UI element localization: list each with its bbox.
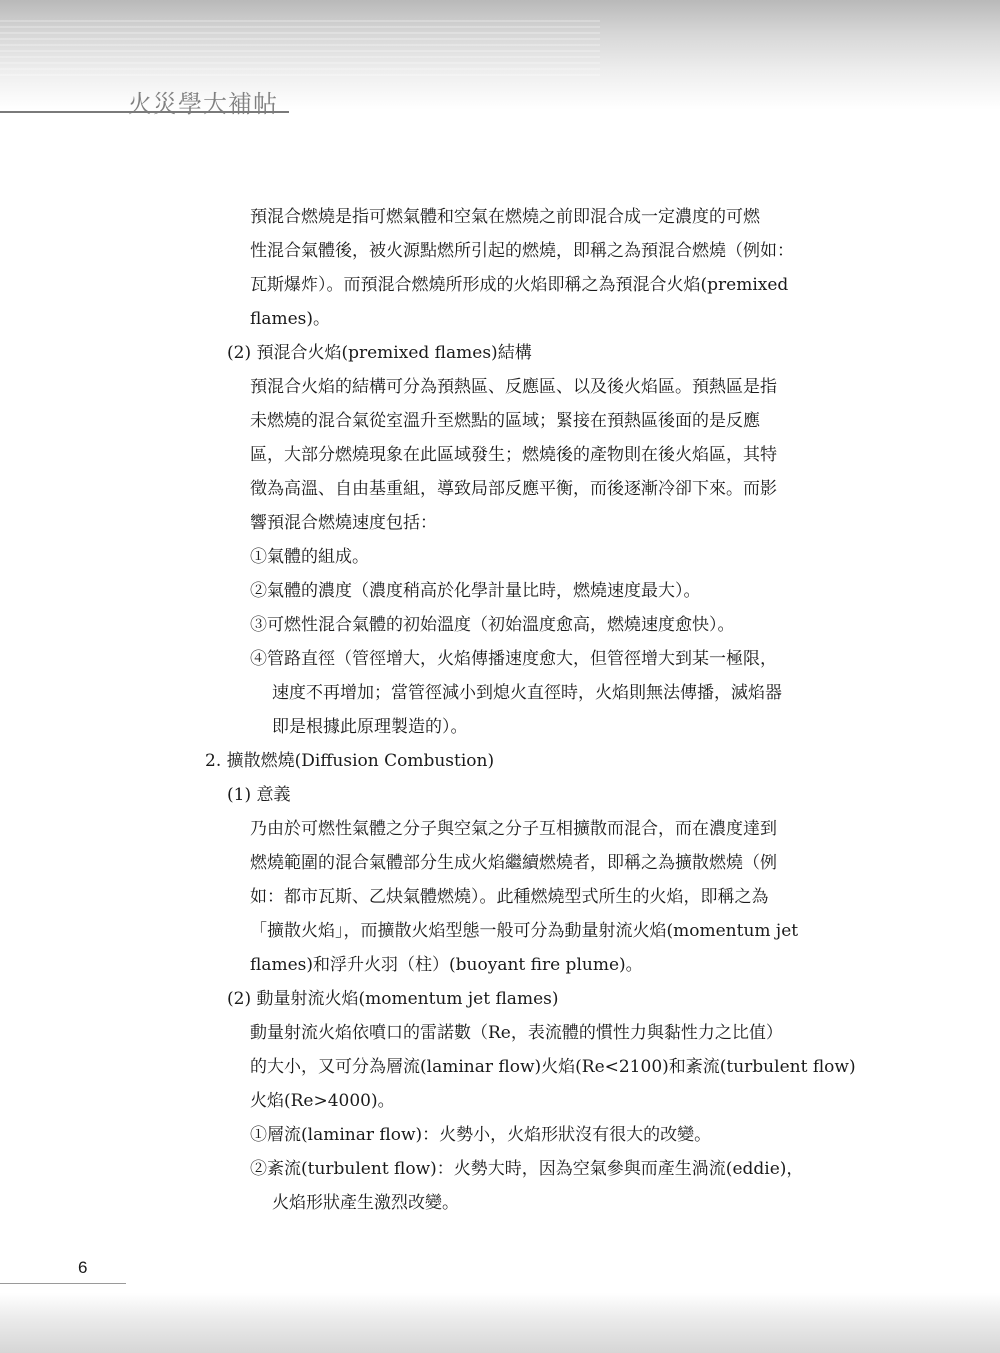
subsection-heading: (2) 預混合火焰(premixed flames)結構 [227, 342, 532, 364]
section-heading: 2. 擴散燃燒(Diffusion Combustion) [205, 750, 494, 772]
body-text-line: 未燃燒的混合氣從室溫升至燃點的區域；緊接在預熱區後面的是反應 [250, 410, 760, 432]
body-text-line: 燃燒範圍的混合氣體部分生成火焰繼續燃燒者，即稱之為擴散燃燒（例 [250, 852, 777, 874]
body-text-line: ③可燃性混合氣體的初始溫度（初始溫度愈高，燃燒速度愈快）。 [250, 614, 735, 636]
body-text-line: 響預混合燃燒速度包括： [250, 512, 437, 534]
book-title: 火災學大補帖 [128, 84, 278, 119]
footer-gradient-band [0, 1293, 1000, 1353]
body-text-line: ①氣體的組成。 [250, 546, 369, 568]
body-text-line: 如：都市瓦斯、乙炔氣體燃燒）。此種燃燒型式所生的火焰，即稱之為 [250, 886, 769, 908]
body-text-line: 火焰形狀產生激烈改變。 [272, 1192, 459, 1214]
body-text-line: 區，大部分燃燒現象在此區域發生；燃燒後的產物則在後火焰區，其特 [250, 444, 777, 466]
body-text-line: ②氣體的濃度（濃度稍高於化學計量比時，燃燒速度最大）。 [250, 580, 701, 602]
body-text-line: 「擴散火焰」，而擴散火焰型態一般可分為動量射流火焰(momentum jet [250, 920, 798, 942]
body-text-line: 即是根據此原理製造的）。 [272, 716, 468, 738]
body-text-line: 性混合氣體後，被火源點燃所引起的燃燒，即稱之為預混合燃燒（例如： [250, 240, 794, 262]
page-number: 6 [78, 1258, 87, 1278]
body-text-line: ①層流(laminar flow)：火勢小，火焰形狀沒有很大的改變。 [250, 1124, 711, 1146]
body-text-line: 瓦斯爆炸）。而預混合燃燒所形成的火焰即稱之為預混合火焰(premixed [250, 274, 788, 296]
body-text-line: 動量射流火焰依噴口的雷諾數（Re，表流體的慣性力與黏性力之比值） [250, 1022, 783, 1044]
body-text-line: 徵為高溫、自由基重組，導致局部反應平衡，而後逐漸冷卻下來。而影 [250, 478, 777, 500]
body-text-line: ④管路直徑（管徑增大，火焰傳播速度愈大，但管徑增大到某一極限， [250, 648, 777, 670]
body-text-line: 乃由於可燃性氣體之分子與空氣之分子互相擴散而混合，而在濃度達到 [250, 818, 777, 840]
body-text-line: 速度不再增加；當管徑減小到熄火直徑時，火焰則無法傳播，滅焰器 [272, 682, 782, 704]
body-text-line: flames)和浮升火羽（柱）(buoyant fire plume)。 [250, 954, 643, 976]
body-text-line: 火焰(Re>4000)。 [250, 1090, 395, 1112]
header-rule [0, 111, 289, 113]
body-text-line: ②紊流(turbulent flow)：火勢大時，因為空氣參與而產生渦流(edd… [250, 1158, 803, 1180]
body-text-line: 預混合火焰的結構可分為預熱區、反應區、以及後火焰區。預熱區是指 [250, 376, 777, 398]
body-text-line: 預混合燃燒是指可燃氣體和空氣在燃燒之前即混合成一定濃度的可燃 [250, 206, 760, 228]
subsection-heading: (2) 動量射流火焰(momentum jet flames) [227, 988, 558, 1010]
body-text-line: flames)。 [250, 308, 330, 330]
footer-rule [0, 1283, 126, 1284]
body-text-line: 的大小，又可分為層流(laminar flow)火焰(Re<2100)和紊流(t… [250, 1056, 856, 1078]
subsection-heading: (1) 意義 [227, 784, 290, 806]
